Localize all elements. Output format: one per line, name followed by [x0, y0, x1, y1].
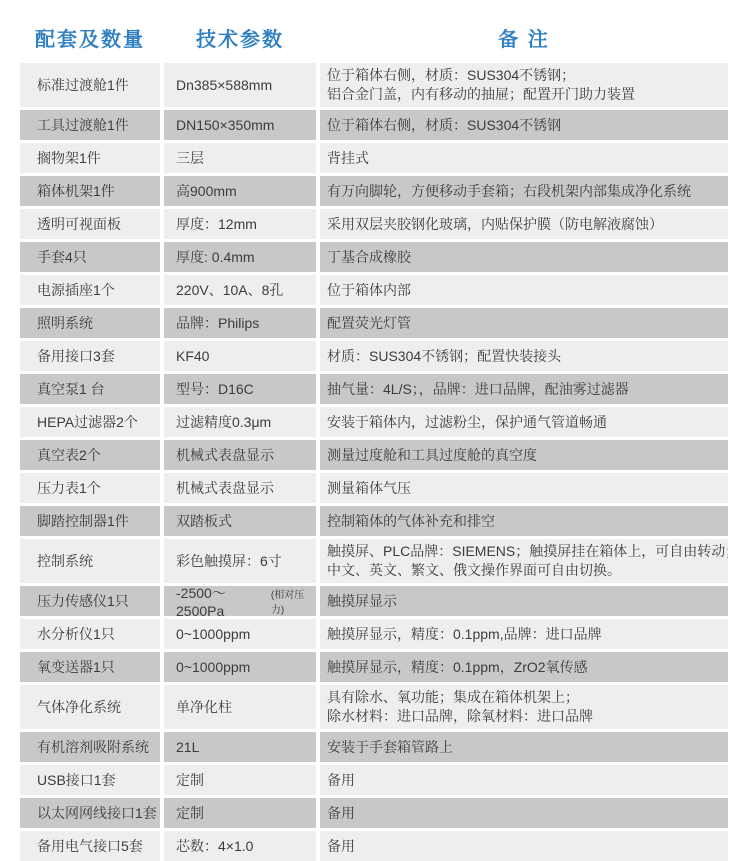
remark-line: 位于箱体右侧，材质：SUS304不锈钢； — [327, 66, 575, 85]
remark-cell: 安装于箱体内，过滤粉尘，保护通气管道畅通 — [320, 407, 728, 437]
parameter-text: 品牌：Philips — [176, 313, 259, 333]
remark-cell: 安装于手套箱管路上 — [320, 732, 728, 762]
item-cell: 照明系统 — [20, 308, 160, 338]
parameter-cell: 定制 — [164, 798, 316, 828]
remark-line: 触摸屏显示，精度：0.1ppm,品牌：进口品牌 — [327, 625, 602, 644]
remark-line: 安装于箱体内，过滤粉尘，保护通气管道畅通 — [327, 413, 607, 432]
remark-cell: 测量过度舱和工具过度舱的真空度 — [320, 440, 728, 470]
item-cell: 备用接口3套 — [20, 341, 160, 371]
parameter-cell: 220V、10A、8孔 — [164, 275, 316, 305]
table-row: 照明系统品牌：Philips配置荧光灯管 — [20, 308, 728, 338]
parameter-text: 0~1000ppm — [176, 659, 250, 675]
remark-cell: 触摸屏显示，精度：0.1ppm，ZrO2氧传感 — [320, 652, 728, 682]
parameter-cell: 彩色触摸屏：6寸 — [164, 539, 316, 583]
remark-line: 备用 — [327, 771, 355, 790]
table-row: 透明可视面板厚度：12mm采用双层夹胶钢化玻璃，内贴保护膜（防电解液腐蚀） — [20, 209, 728, 239]
parameter-text: 定制 — [176, 770, 204, 790]
remark-line: 触摸屏显示，精度：0.1ppm，ZrO2氧传感 — [327, 658, 588, 677]
parameter-text: 定制 — [176, 803, 204, 823]
item-cell: 脚踏控制器1件 — [20, 506, 160, 536]
table-row: HEPA过滤器2个过滤精度0.3μm安装于箱体内，过滤粉尘，保护通气管道畅通 — [20, 407, 728, 437]
remark-cell: 具有除水、氧功能；集成在箱体机架上；除水材料：进口品牌，除氧材料：进口品牌 — [320, 685, 728, 729]
table-row: 备用接口3套KF40材质：SUS304不锈钢；配置快装接头 — [20, 341, 728, 371]
item-cell: 电源插座1个 — [20, 275, 160, 305]
parameter-cell: 定制 — [164, 765, 316, 795]
item-cell: HEPA过滤器2个 — [20, 407, 160, 437]
remark-cell: 触摸屏显示，精度：0.1ppm,品牌：进口品牌 — [320, 619, 728, 649]
remark-line: 具有除水、氧功能；集成在箱体机架上； — [327, 688, 579, 707]
parameter-cell: 型号：D16C — [164, 374, 316, 404]
remark-line: 控制箱体的气体补充和排空 — [327, 512, 495, 531]
table-row: 水分析仪1只0~1000ppm触摸屏显示，精度：0.1ppm,品牌：进口品牌 — [20, 619, 728, 649]
parameter-text: 厚度: 0.4mm — [176, 247, 255, 267]
table-row: 真空泵1 台型号：D16C抽气量：4L/S；，品牌：进口品牌，配油雾过滤器 — [20, 374, 728, 404]
remark-cell: 背挂式 — [320, 143, 728, 173]
item-cell: 标准过渡舱1件 — [20, 63, 160, 107]
spec-table: 标准过渡舱1件Dn385×588mm位于箱体右侧，材质：SUS304不锈钢；铝合… — [20, 63, 728, 861]
parameter-cell: 三层 — [164, 143, 316, 173]
remark-cell: 触摸屏、PLC品牌：SIEMENS；触摸屏挂在箱体上，可自由转动；中文、英文、繁… — [320, 539, 728, 583]
parameter-text: 21L — [176, 739, 199, 755]
remark-line: 安装于手套箱管路上 — [327, 738, 453, 757]
table-row: USB接口1套定制备用 — [20, 765, 728, 795]
table-row: 箱体机架1件高900mm有万向脚轮，方便移动手套箱；右段机架内部集成净化系统 — [20, 176, 728, 206]
parameter-cell: KF40 — [164, 341, 316, 371]
table-row: 电源插座1个220V、10A、8孔位于箱体内部 — [20, 275, 728, 305]
item-cell: 压力表1个 — [20, 473, 160, 503]
parameter-cell: 品牌：Philips — [164, 308, 316, 338]
table-row: 控制系统彩色触摸屏：6寸触摸屏、PLC品牌：SIEMENS；触摸屏挂在箱体上，可… — [20, 539, 728, 583]
item-cell: USB接口1套 — [20, 765, 160, 795]
remark-cell: 备用 — [320, 765, 728, 795]
item-cell: 水分析仪1只 — [20, 619, 160, 649]
remark-cell: 位于箱体右侧，材质：SUS304不锈钢；铝合金门盖，内有移动的抽屉；配置开门助力… — [320, 63, 728, 107]
remark-line: 测量箱体气压 — [327, 479, 411, 498]
remark-cell: 材质：SUS304不锈钢；配置快装接头 — [320, 341, 728, 371]
parameter-text: 芯数：4×1.0 — [176, 836, 253, 856]
remark-cell: 配置荧光灯管 — [320, 308, 728, 338]
remark-cell: 位于箱体右侧，材质：SUS304不锈钢 — [320, 110, 728, 140]
remark-line: 铝合金门盖，内有移动的抽屉；配置开门助力装置 — [327, 85, 635, 104]
remark-line: 测量过度舱和工具过度舱的真空度 — [327, 446, 537, 465]
remark-cell: 位于箱体内部 — [320, 275, 728, 305]
parameter-cell: 芯数：4×1.0 — [164, 831, 316, 861]
table-row: 氧变送器1只0~1000ppm触摸屏显示，精度：0.1ppm，ZrO2氧传感 — [20, 652, 728, 682]
table-row: 备用电气接口5套芯数：4×1.0备用 — [20, 831, 728, 861]
table-header: 配套及数量 技术参数 备 注 — [0, 0, 728, 52]
item-cell: 搁物架1件 — [20, 143, 160, 173]
parameter-cell: 机械式表盘显示 — [164, 473, 316, 503]
item-cell: 控制系统 — [20, 539, 160, 583]
parameter-cell: 21L — [164, 732, 316, 762]
remark-line: 有万向脚轮，方便移动手套箱；右段机架内部集成净化系统 — [327, 182, 691, 201]
item-cell: 工具过渡舱1件 — [20, 110, 160, 140]
parameter-cell: 厚度：12mm — [164, 209, 316, 239]
remark-cell: 触摸屏显示 — [320, 586, 728, 616]
remark-cell: 备用 — [320, 831, 728, 861]
parameter-text: 220V、10A、8孔 — [176, 280, 283, 300]
parameter-cell: 机械式表盘显示 — [164, 440, 316, 470]
column-header-remarks: 备 注 — [320, 28, 728, 52]
table-row: 脚踏控制器1件双踏板式控制箱体的气体补充和排空 — [20, 506, 728, 536]
remark-cell: 控制箱体的气体补充和排空 — [320, 506, 728, 536]
parameter-cell: 0~1000ppm — [164, 619, 316, 649]
parameter-cell: -2500～2500Pa(相对压力) — [164, 586, 316, 616]
remark-cell: 有万向脚轮，方便移动手套箱；右段机架内部集成净化系统 — [320, 176, 728, 206]
remark-line: 抽气量：4L/S；，品牌：进口品牌，配油雾过滤器 — [327, 380, 629, 399]
spec-sheet: 配套及数量 技术参数 备 注 标准过渡舱1件Dn385×588mm位于箱体右侧，… — [0, 0, 750, 861]
item-cell: 有机溶剂吸附系统 — [20, 732, 160, 762]
column-header-technical-parameters: 技术参数 — [164, 28, 316, 52]
parameter-text: 单净化柱 — [176, 697, 232, 717]
parameter-cell: DN150×350mm — [164, 110, 316, 140]
parameter-cell: 高900mm — [164, 176, 316, 206]
remark-line: 位于箱体内部 — [327, 281, 411, 300]
parameter-text: DN150×350mm — [176, 117, 274, 133]
remark-line: 触摸屏、PLC品牌：SIEMENS；触摸屏挂在箱体上，可自由转动； — [327, 542, 728, 561]
parameter-text: KF40 — [176, 348, 209, 364]
remark-line: 备用 — [327, 804, 355, 823]
remark-cell: 丁基合成橡胶 — [320, 242, 728, 272]
parameter-text: 三层 — [176, 148, 204, 168]
remark-line: 背挂式 — [327, 149, 369, 168]
table-row: 压力传感仪1只-2500～2500Pa(相对压力)触摸屏显示 — [20, 586, 728, 616]
parameter-text: 机械式表盘显示 — [176, 445, 274, 465]
parameter-cell: 0~1000ppm — [164, 652, 316, 682]
parameter-text: 高900mm — [176, 181, 237, 201]
parameter-cell: 单净化柱 — [164, 685, 316, 729]
item-cell: 气体净化系统 — [20, 685, 160, 729]
parameter-text: 型号：D16C — [176, 379, 254, 399]
table-row: 工具过渡舱1件DN150×350mm位于箱体右侧，材质：SUS304不锈钢 — [20, 110, 728, 140]
item-cell: 真空表2个 — [20, 440, 160, 470]
table-row: 压力表1个机械式表盘显示测量箱体气压 — [20, 473, 728, 503]
table-row: 搁物架1件三层背挂式 — [20, 143, 728, 173]
parameter-text: 机械式表盘显示 — [176, 478, 274, 498]
remark-line: 配置荧光灯管 — [327, 314, 411, 333]
item-cell: 手套4只 — [20, 242, 160, 272]
table-row: 有机溶剂吸附系统21L安装于手套箱管路上 — [20, 732, 728, 762]
remark-line: 采用双层夹胶钢化玻璃，内贴保护膜（防电解液腐蚀） — [327, 215, 663, 234]
parameter-text: 过滤精度0.3μm — [176, 412, 271, 432]
item-cell: 备用电气接口5套 — [20, 831, 160, 861]
parameter-cell: 厚度: 0.4mm — [164, 242, 316, 272]
parameter-text: 彩色触摸屏：6寸 — [176, 551, 282, 571]
remark-cell: 采用双层夹胶钢化玻璃，内贴保护膜（防电解液腐蚀） — [320, 209, 728, 239]
remark-line: 丁基合成橡胶 — [327, 248, 411, 267]
item-cell: 箱体机架1件 — [20, 176, 160, 206]
item-cell: 氧变送器1只 — [20, 652, 160, 682]
item-cell: 压力传感仪1只 — [20, 586, 160, 616]
parameter-text: Dn385×588mm — [176, 77, 272, 93]
column-header-accessories-quantity: 配套及数量 — [20, 28, 160, 52]
parameter-text: 0~1000ppm — [176, 626, 250, 642]
parameter-cell: 双踏板式 — [164, 506, 316, 536]
remark-line: 触摸屏显示 — [327, 592, 397, 611]
remark-line: 位于箱体右侧，材质：SUS304不锈钢 — [327, 116, 561, 135]
remark-line: 材质：SUS304不锈钢；配置快装接头 — [327, 347, 561, 366]
remark-line: 中文、英文、繁文、俄文操作界面可自由切换。 — [327, 561, 621, 580]
table-row: 手套4只厚度: 0.4mm丁基合成橡胶 — [20, 242, 728, 272]
item-cell: 以太网网线接口1套 — [20, 798, 160, 828]
parameter-text: 厚度：12mm — [176, 214, 257, 234]
remark-line: 备用 — [327, 837, 355, 856]
item-cell: 透明可视面板 — [20, 209, 160, 239]
parameter-cell: 过滤精度0.3μm — [164, 407, 316, 437]
table-row: 标准过渡舱1件Dn385×588mm位于箱体右侧，材质：SUS304不锈钢；铝合… — [20, 63, 728, 107]
remark-line: 除水材料：进口品牌，除氧材料：进口品牌 — [327, 707, 593, 726]
remark-cell: 测量箱体气压 — [320, 473, 728, 503]
table-row: 以太网网线接口1套定制备用 — [20, 798, 728, 828]
table-row: 真空表2个机械式表盘显示测量过度舱和工具过度舱的真空度 — [20, 440, 728, 470]
parameter-note: (相对压力) — [271, 586, 316, 616]
parameter-text: 双踏板式 — [176, 511, 232, 531]
remark-cell: 抽气量：4L/S；，品牌：进口品牌，配油雾过滤器 — [320, 374, 728, 404]
item-cell: 真空泵1 台 — [20, 374, 160, 404]
parameter-cell: Dn385×588mm — [164, 63, 316, 107]
table-row: 气体净化系统单净化柱具有除水、氧功能；集成在箱体机架上；除水材料：进口品牌，除氧… — [20, 685, 728, 729]
parameter-text: -2500～2500Pa — [176, 586, 271, 616]
remark-cell: 备用 — [320, 798, 728, 828]
